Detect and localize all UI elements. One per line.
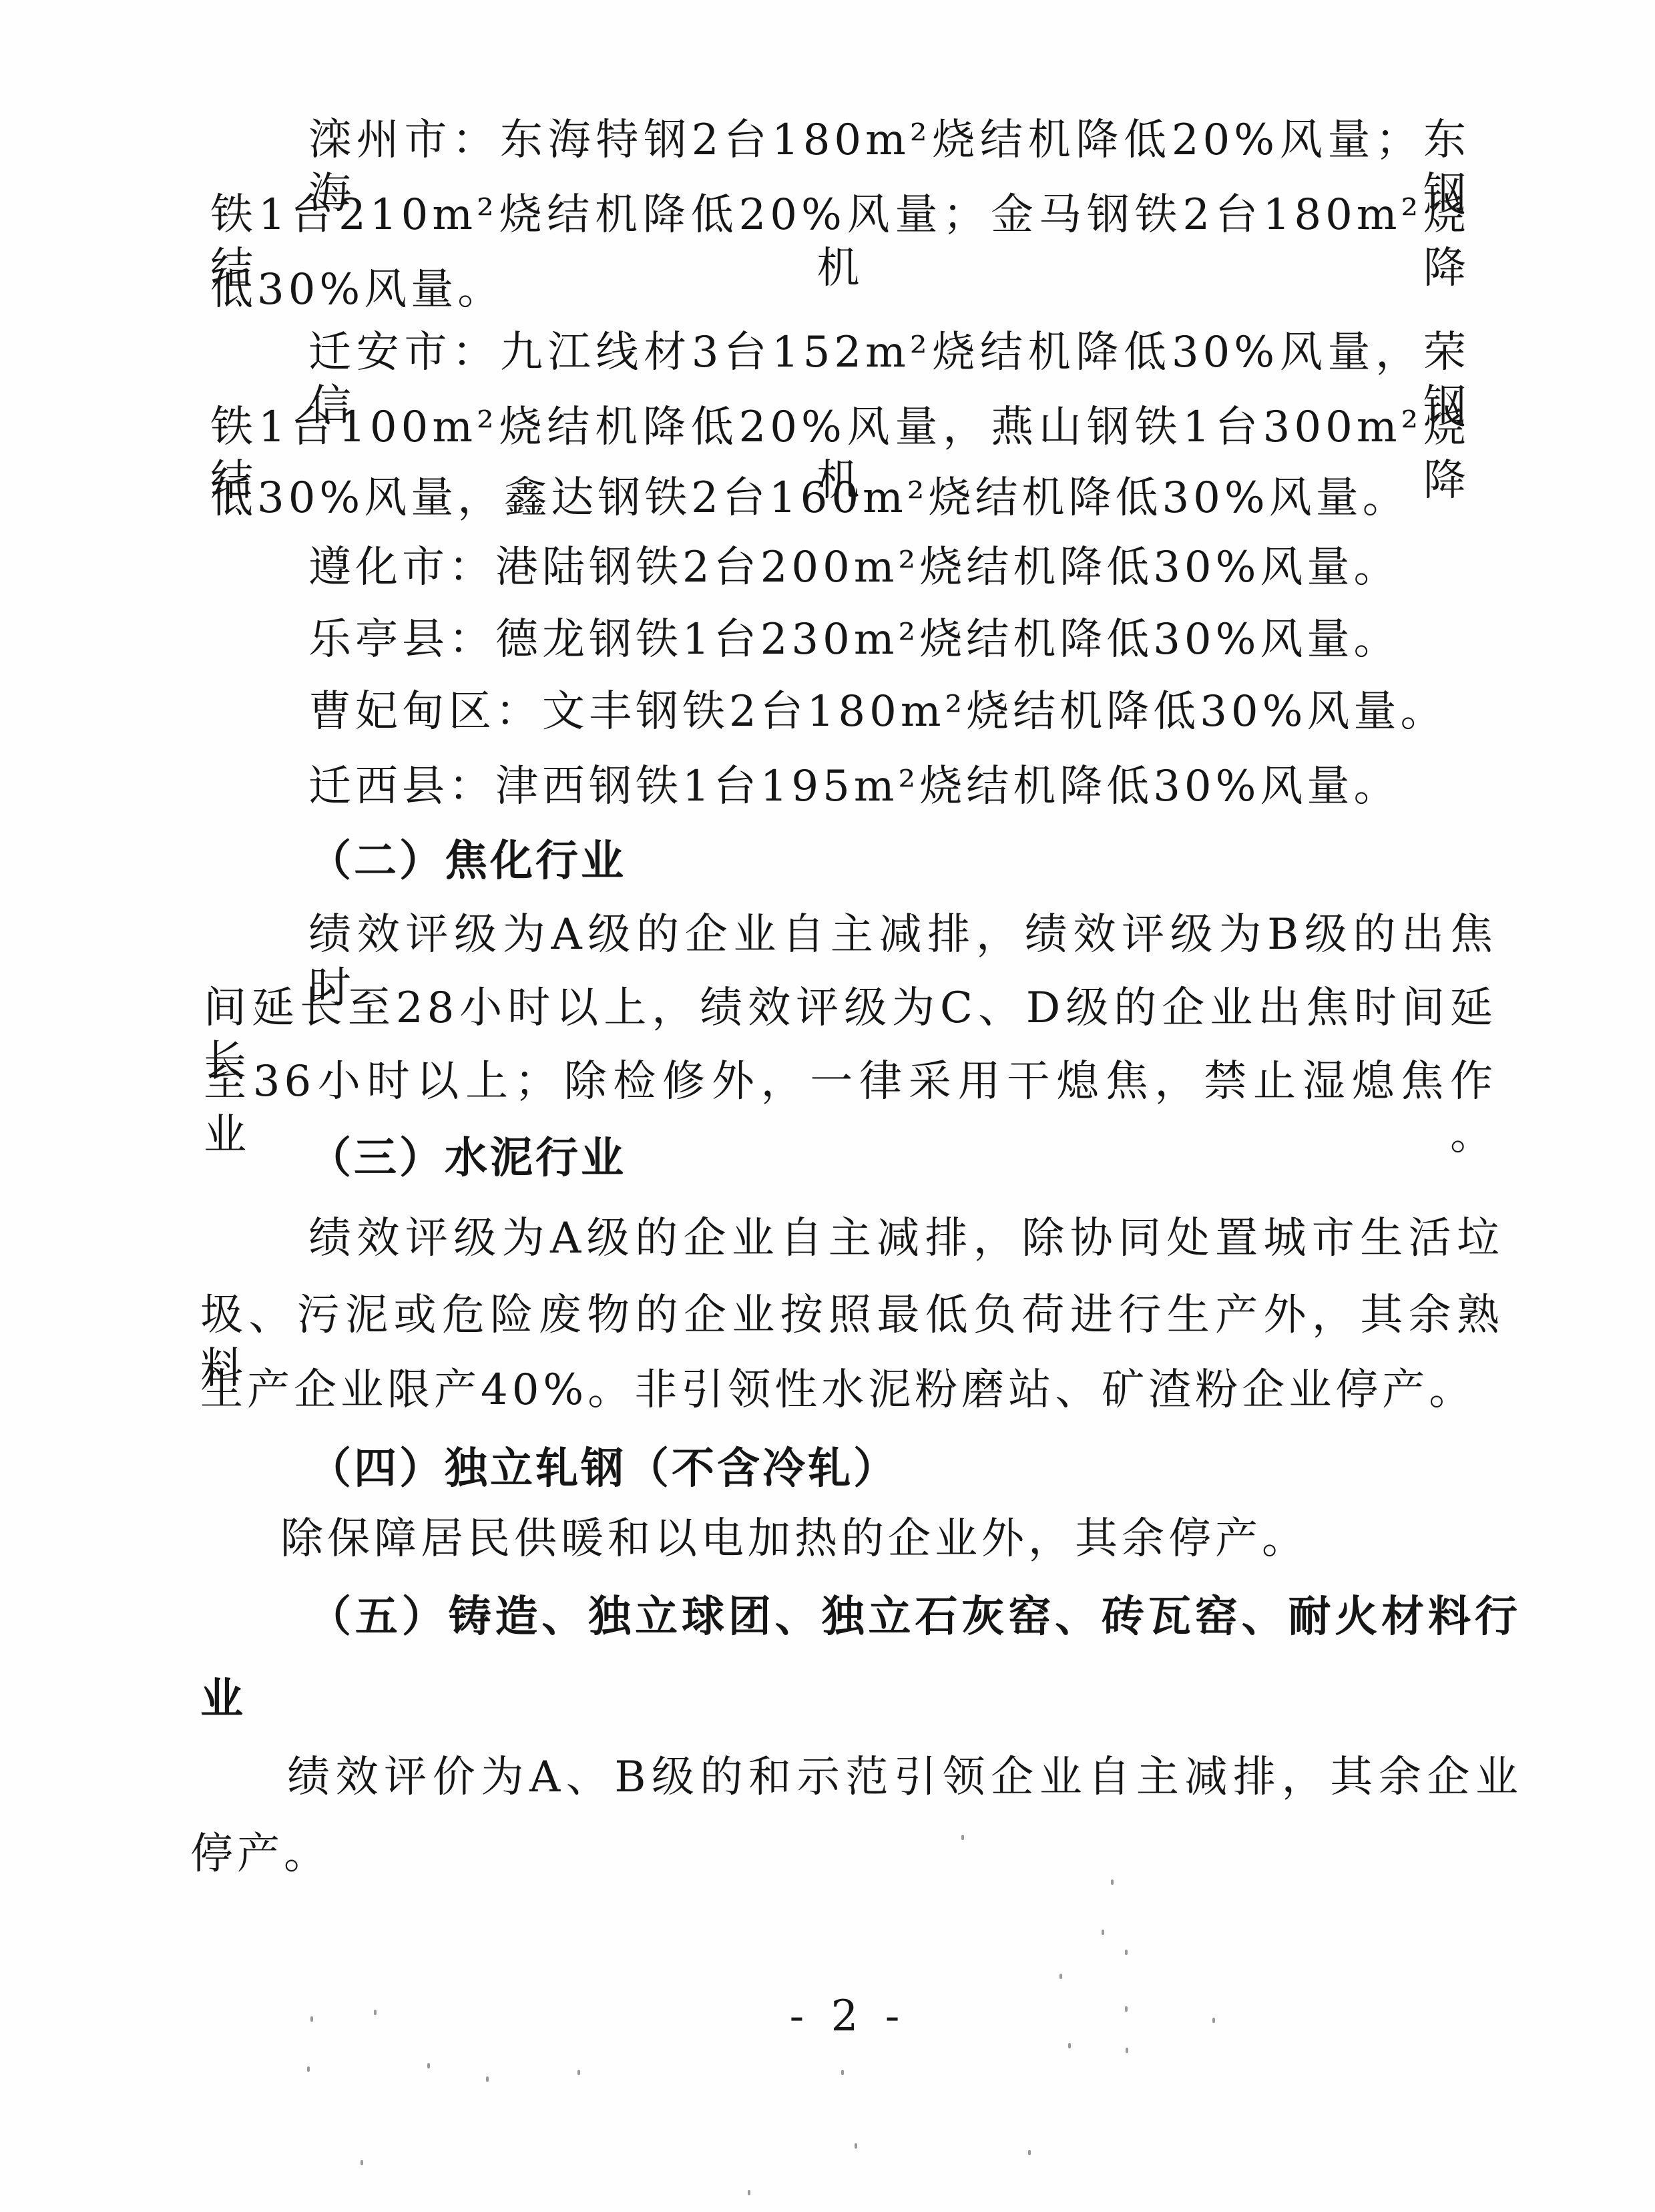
cement-heading: （三）水泥行业 <box>308 1132 626 1185</box>
page-number: - 2 - <box>788 1990 908 2043</box>
qianxi-line: 迁西县：津西钢铁1台195m²烧结机降低30%风量。 <box>308 760 1400 813</box>
scan-speck <box>427 2063 430 2068</box>
scan-speck <box>855 2143 857 2149</box>
cement-line-3: 生产企业限产40%。非引领性水泥粉磨站、矿渣粉企业停产。 <box>200 1363 1475 1417</box>
rolling-line-1: 除保障居民供暖和以电加热的企业外，其余停产。 <box>280 1512 1309 1566</box>
coking-heading: （二）焦化行业 <box>308 835 626 888</box>
foundry-line-2: 停产。 <box>190 1827 330 1881</box>
scan-speck <box>361 2160 363 2165</box>
leting-line: 乐亭县：德龙钢铁1台230m²烧结机降低30%风量。 <box>308 613 1400 666</box>
foundry-line-1: 绩效评价为A、B级的和示范引领企业自主减排，其余企业 <box>287 1751 1522 1804</box>
scan-speck <box>1125 1950 1128 1955</box>
qianan-line-3: 低30%风量，鑫达钢铁2台160m²烧结机降低30%风量。 <box>210 471 1409 525</box>
scan-speck <box>961 1835 964 1840</box>
scan-speck <box>1212 2018 1215 2023</box>
document-page: 滦州市：东海特钢2台180m²烧结机降低20%风量；东海钢 铁1台210m²烧结… <box>0 0 1655 2212</box>
cement-line-1: 绩效评级为A级的企业自主减排，除协同处置城市生活垃 <box>308 1212 1503 1265</box>
scan-speck <box>486 2076 489 2082</box>
scan-speck <box>307 2066 310 2072</box>
scan-speck <box>748 2190 750 2195</box>
scan-speck <box>1111 1879 1114 1885</box>
luanzhou-line-3: 低30%风量。 <box>210 263 504 316</box>
zunhua-line: 遵化市：港陆钢铁2台200m²烧结机降低30%风量。 <box>308 541 1400 594</box>
scan-speck <box>1126 2048 1128 2053</box>
rolling-heading: （四）独立轧钢（不含冷轧） <box>308 1442 899 1496</box>
scan-speck <box>374 2010 377 2015</box>
scan-speck <box>310 2016 313 2022</box>
scan-speck <box>1125 2006 1128 2012</box>
scan-speck <box>1102 1930 1104 1935</box>
scan-speck <box>1068 2043 1071 2048</box>
scan-speck <box>1059 1974 1062 1979</box>
scan-speck <box>577 2070 580 2075</box>
scan-speck <box>1028 2150 1031 2155</box>
caofeidian-line: 曹妃甸区：文丰钢铁2台180m²烧结机降低30%风量。 <box>308 685 1447 738</box>
foundry-heading-line-1: （五）铸造、独立球团、独立石灰窑、砖瓦窑、耐火材料行 <box>308 1590 1520 1644</box>
foundry-heading-line-2: 业 <box>200 1673 246 1726</box>
scan-speck <box>841 2070 844 2075</box>
